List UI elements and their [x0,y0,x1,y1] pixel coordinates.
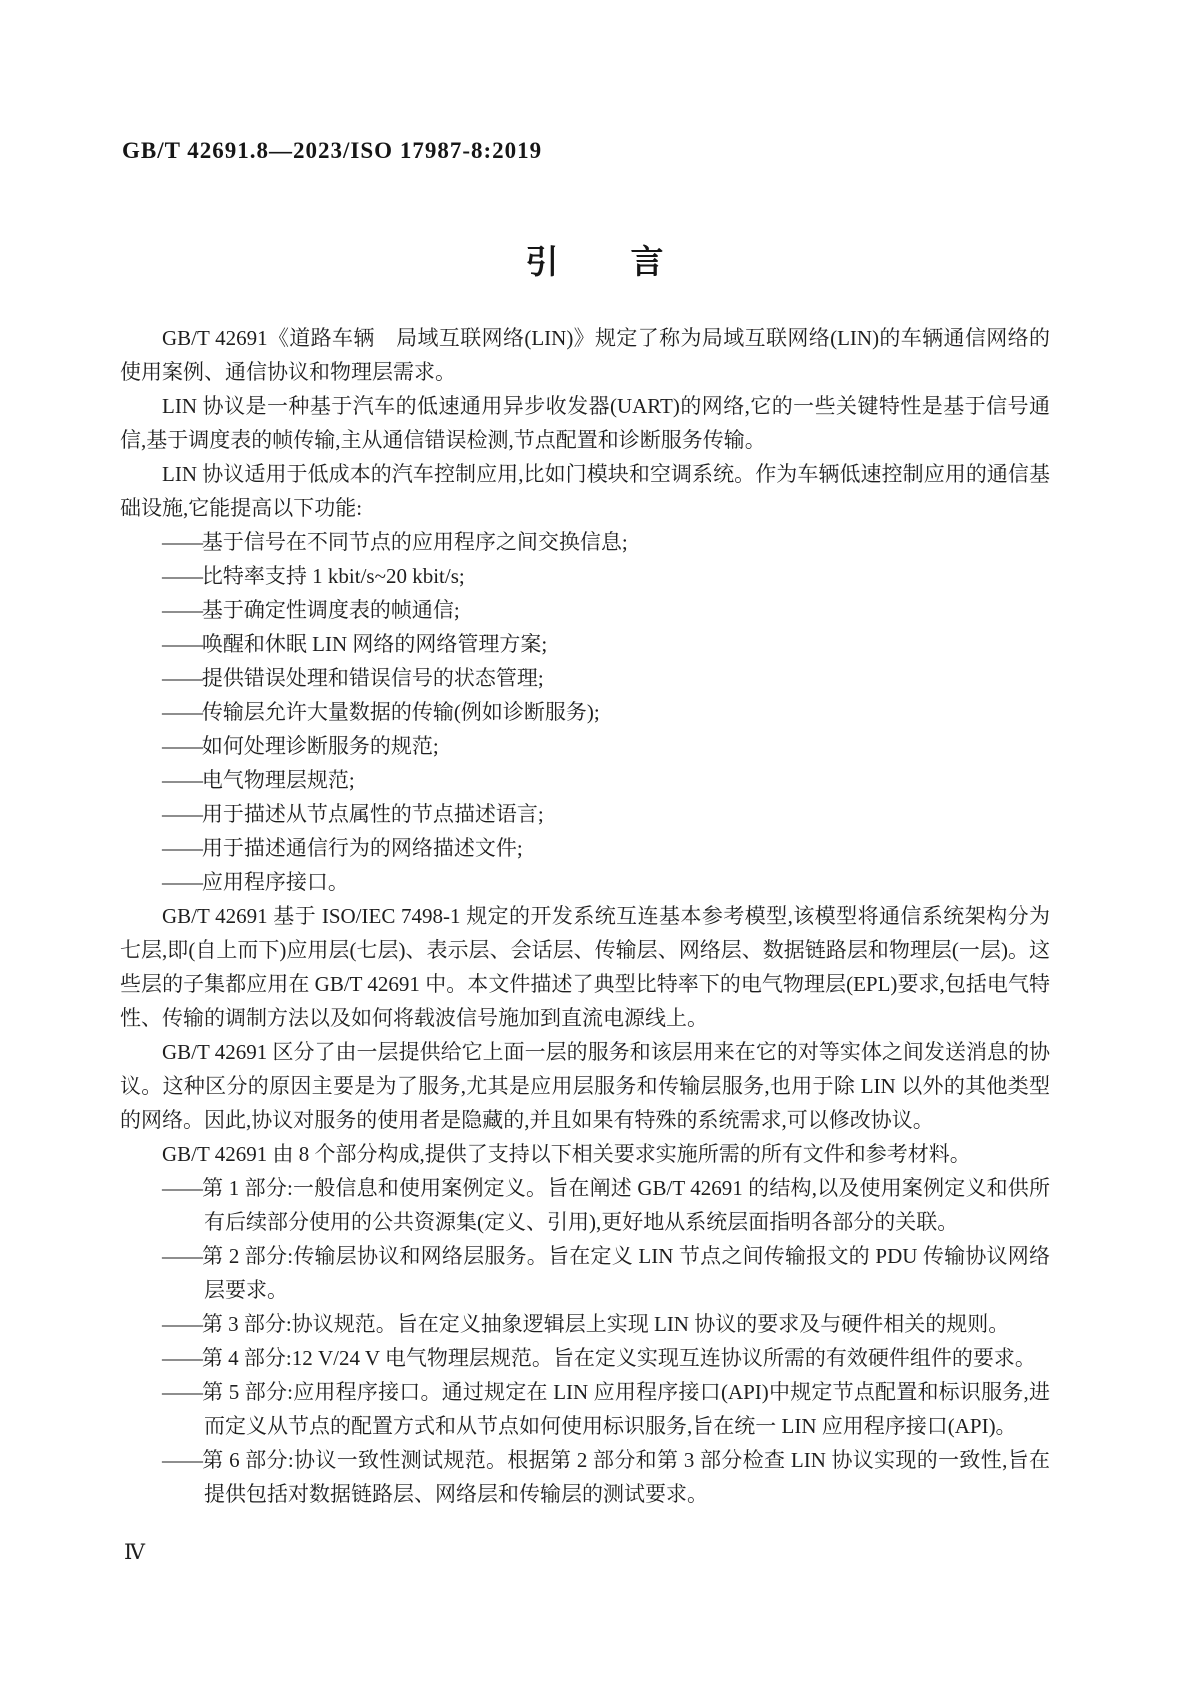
feature-item: ——传输层允许大量数据的传输(例如诊断服务); [120,695,1050,729]
feature-item-text: 用于描述从节点属性的节点描述语言; [202,802,544,826]
dash-bullet: —— [162,1380,202,1404]
feature-item: ——提供错误处理和错误信号的状态管理; [120,661,1050,695]
feature-item-text: 唤醒和休眠 LIN 网络的网络管理方案; [202,632,547,656]
dash-bullet: —— [162,1346,202,1370]
dash-bullet: —— [162,564,202,588]
dash-bullet: —— [162,734,202,758]
part-item: ——第 4 部分:12 V/24 V 电气物理层规范。旨在定义实现互连协议所需的… [120,1341,1050,1375]
dash-bullet: —— [162,836,202,860]
feature-item-text: 基于确定性调度表的帧通信; [202,598,460,622]
feature-item-text: 比特率支持 1 kbit/s~20 kbit/s; [202,564,465,588]
intro-paragraph-1: GB/T 42691《道路车辆 局域互联网络(LIN)》规定了称为局域互联网络(… [120,321,1050,389]
page-number: Ⅳ [124,1540,145,1565]
document-page: GB/T 42691.8—2023/ISO 17987-8:2019 引 言 G… [0,0,1191,1684]
dash-bullet: —— [162,802,202,826]
feature-item: ——应用程序接口。 [120,865,1050,899]
part-item-text: 第 4 部分:12 V/24 V 电气物理层规范。旨在定义实现互连协议所需的有效… [202,1346,1036,1370]
dash-bullet: —— [162,1448,202,1472]
feature-item: ——唤醒和休眠 LIN 网络的网络管理方案; [120,627,1050,661]
part-item: ——第 2 部分:传输层协议和网络层服务。旨在定义 LIN 节点之间传输报文的 … [120,1239,1050,1307]
intro-paragraph-3: LIN 协议适用于低成本的汽车控制应用,比如门模块和空调系统。作为车辆低速控制应… [120,457,1050,525]
dash-bullet: —— [162,768,202,792]
standard-number-header: GB/T 42691.8—2023/ISO 17987-8:2019 [122,138,542,164]
feature-item-text: 基于信号在不同节点的应用程序之间交换信息; [202,530,628,554]
dash-bullet: —— [162,598,202,622]
part-item-text: 第 3 部分:协议规范。旨在定义抽象逻辑层上实现 LIN 协议的要求及与硬件相关… [202,1312,1009,1336]
features-list: ——基于信号在不同节点的应用程序之间交换信息;——比特率支持 1 kbit/s~… [120,525,1050,899]
dash-bullet: —— [162,1244,202,1268]
part-item: ——第 1 部分:一般信息和使用案例定义。旨在阐述 GB/T 42691 的结构… [120,1171,1050,1239]
part-item: ——第 6 部分:协议一致性测试规范。根据第 2 部分和第 3 部分检查 LIN… [120,1443,1050,1511]
dash-bullet: —— [162,1176,202,1200]
dash-bullet: —— [162,700,202,724]
feature-item: ——基于信号在不同节点的应用程序之间交换信息; [120,525,1050,559]
part-item-text: 第 1 部分:一般信息和使用案例定义。旨在阐述 GB/T 42691 的结构,以… [202,1176,1050,1234]
feature-item: ——用于描述通信行为的网络描述文件; [120,831,1050,865]
intro-paragraph-6: GB/T 42691 由 8 个部分构成,提供了支持以下相关要求实施所需的所有文… [120,1137,1050,1171]
feature-item: ——如何处理诊断服务的规范; [120,729,1050,763]
feature-item-text: 应用程序接口。 [202,870,349,894]
feature-item: ——用于描述从节点属性的节点描述语言; [120,797,1050,831]
feature-item-text: 如何处理诊断服务的规范; [202,734,439,758]
feature-item-text: 电气物理层规范; [202,768,355,792]
dash-bullet: —— [162,632,202,656]
page-title: 引 言 [0,236,1191,283]
feature-item-text: 提供错误处理和错误信号的状态管理; [202,666,544,690]
feature-item: ——基于确定性调度表的帧通信; [120,593,1050,627]
part-item: ——第 5 部分:应用程序接口。通过规定在 LIN 应用程序接口(API)中规定… [120,1375,1050,1443]
part-item-text: 第 2 部分:传输层协议和网络层服务。旨在定义 LIN 节点之间传输报文的 PD… [202,1244,1050,1302]
intro-paragraph-4: GB/T 42691 基于 ISO/IEC 7498-1 规定的开发系统互连基本… [120,899,1050,1035]
dash-bullet: —— [162,530,202,554]
part-item-text: 第 6 部分:协议一致性测试规范。根据第 2 部分和第 3 部分检查 LIN 协… [202,1448,1050,1506]
feature-item-text: 传输层允许大量数据的传输(例如诊断服务); [202,700,600,724]
feature-item-text: 用于描述通信行为的网络描述文件; [202,836,523,860]
intro-paragraph-2: LIN 协议是一种基于汽车的低速通用异步收发器(UART)的网络,它的一些关键特… [120,389,1050,457]
part-item: ——第 3 部分:协议规范。旨在定义抽象逻辑层上实现 LIN 协议的要求及与硬件… [120,1307,1050,1341]
part-item-text: 第 5 部分:应用程序接口。通过规定在 LIN 应用程序接口(API)中规定节点… [202,1380,1050,1438]
dash-bullet: —— [162,1312,202,1336]
intro-paragraph-5: GB/T 42691 区分了由一层提供给它上面一层的服务和该层用来在它的对等实体… [120,1035,1050,1137]
feature-item: ——电气物理层规范; [120,763,1050,797]
dash-bullet: —— [162,870,202,894]
feature-item: ——比特率支持 1 kbit/s~20 kbit/s; [120,559,1050,593]
dash-bullet: —— [162,666,202,690]
parts-list: ——第 1 部分:一般信息和使用案例定义。旨在阐述 GB/T 42691 的结构… [120,1171,1050,1511]
document-body: GB/T 42691《道路车辆 局域互联网络(LIN)》规定了称为局域互联网络(… [120,321,1050,1511]
